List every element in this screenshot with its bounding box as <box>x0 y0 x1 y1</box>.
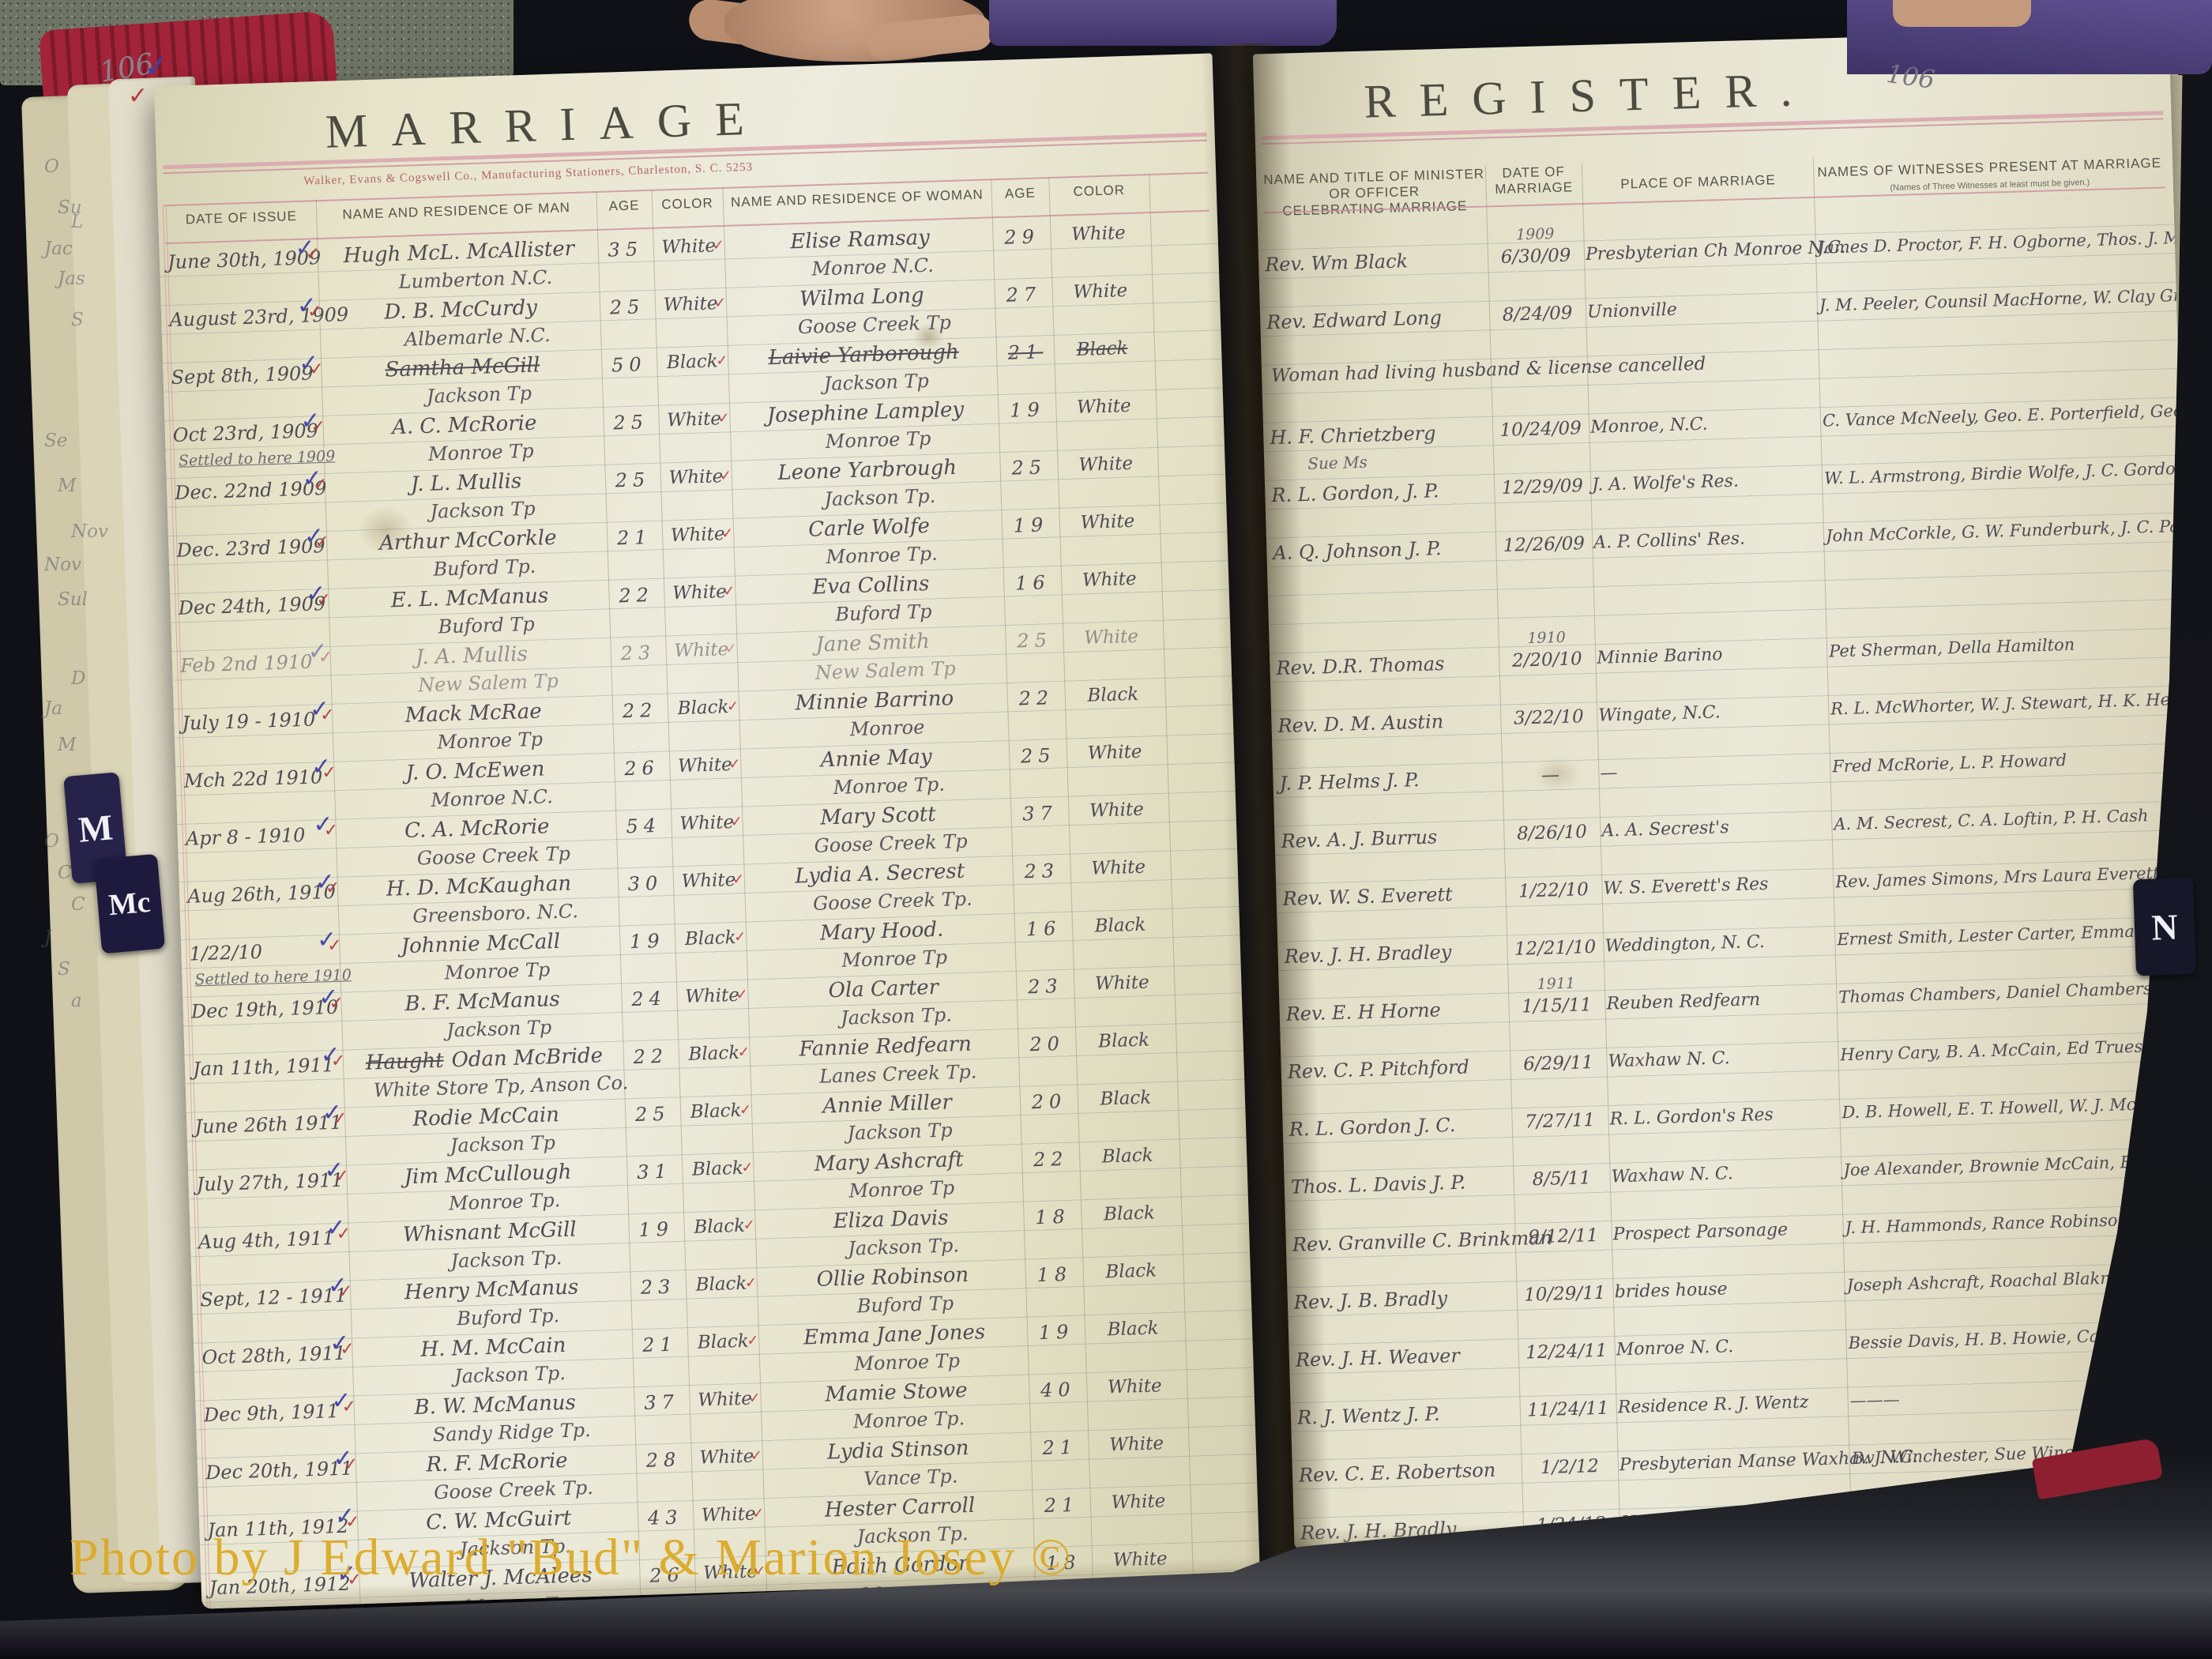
minister-name: Rev. J. H. Bradley <box>1284 939 1507 968</box>
page-title: REGISTER. <box>1305 61 1875 131</box>
margin-scribble: Nov <box>71 521 108 542</box>
bride-color: White <box>1059 510 1157 534</box>
groom-residence: Jackson Tp <box>368 1014 630 1044</box>
bride-residence: Jackson Tp. <box>774 1002 1018 1032</box>
marriage-date: 8/24/09 <box>1491 303 1585 325</box>
marriage-place: Minnie Barino <box>1597 642 1826 668</box>
bride-name: Josephine Lampley <box>732 397 999 429</box>
issue-date: Apr 8 - 1910 <box>186 823 335 850</box>
bride-color: White <box>1055 395 1153 419</box>
left-rows: June 30th, 1909 ✓✓ Hugh McL. McAllister … <box>159 215 1259 1608</box>
checkmark-icon: ✓ <box>717 410 730 427</box>
bride-color: White <box>1063 626 1160 649</box>
bride-residence: Jackson Tp. <box>758 483 1002 513</box>
minister-name: Rev. C. P. Pitchford <box>1287 1055 1510 1083</box>
bride-color: White <box>1088 1432 1185 1456</box>
bride-age: 22 <box>1008 687 1066 710</box>
witnesses: W. L. Armstrong, Birdie Wolfe, J. C. Gor… <box>1824 459 2188 488</box>
bride-residence: Jackson Tp <box>754 367 999 397</box>
checkmark-icon: ✓ <box>128 82 148 110</box>
margin-scribble: Jac <box>44 239 73 259</box>
issue-date: Oct 28th, 1911 <box>201 1342 351 1369</box>
right-page: REGISTER. NAME AND TITLE OF MINISTER OR … <box>1253 28 2210 1548</box>
bride-age: 37 <box>1011 802 1069 826</box>
marriage-place: Waxhaw N. C. <box>1608 1045 1838 1071</box>
groom-residence: Buford Tp <box>355 610 617 640</box>
checkmark-icon: ✓ <box>142 47 171 85</box>
bride-age: 20 <box>1018 1032 1076 1055</box>
margin-scribble: S <box>58 959 70 980</box>
margin-scribble: Jas <box>58 269 85 289</box>
bride-age: 21 <box>997 340 1055 364</box>
checkmark-icon: ✓ <box>748 1390 761 1406</box>
column-header: DATE OF MARRIAGE <box>1487 164 1581 197</box>
witnesses: J. M. Peeler, Counsil MacHorne, W. Clay … <box>1819 286 2183 315</box>
minister-name: R. L. Gordon J. C. <box>1288 1112 1512 1141</box>
bride-name: Eva Collins <box>737 570 1005 602</box>
bride-color: White <box>1051 280 1149 303</box>
checkmark-icon: ✓ <box>743 1217 755 1233</box>
groom-residence: Jackson Tp <box>372 1129 634 1159</box>
issue-date: Dec. 23rd 1909 <box>176 535 325 562</box>
bride-color: White <box>1057 453 1154 476</box>
issue-date: Dec 24th, 1909 <box>178 592 327 619</box>
issue-date: July 27th, 1911 <box>196 1169 345 1196</box>
issue-date: Sept 8th, 1909 <box>171 362 320 389</box>
bride-name: Jane Smith <box>739 627 1006 660</box>
marriage-date: 12/21/10 <box>1508 937 1602 960</box>
checkmark-icon: ✓ <box>716 352 728 369</box>
photographer-watermark: Photo by J Edward "Bud" & Marion Josey © <box>70 1528 1072 1588</box>
bride-name: Laivie Yarborough <box>730 339 998 371</box>
bride-age: 21 <box>1031 1435 1089 1459</box>
margin-scribble: L <box>71 212 83 232</box>
checkmark-icon: ✓ <box>741 1159 754 1176</box>
groom-age: 22 <box>609 584 664 608</box>
column-header-line: DATE OF <box>1502 164 1565 181</box>
bride-color: Black <box>1054 337 1151 361</box>
column-header: COLOR <box>652 195 724 213</box>
marriage-place: brides house <box>1614 1276 1844 1302</box>
groom-age: 35 <box>598 238 653 261</box>
marriage-date: 1/22/10 <box>1507 879 1601 902</box>
minister-name: Rev. Wm Black <box>1265 247 1488 276</box>
marriage-year-note: 1911 <box>1510 974 1604 994</box>
issue-date: Dec 19th, 1910 <box>190 996 340 1023</box>
margin-scribble: O <box>44 156 59 177</box>
minister-name: R. J. Wentz J. P. <box>1297 1401 1521 1429</box>
marriage-date: 6/30/09 <box>1489 245 1583 268</box>
bride-color: White <box>1074 972 1171 995</box>
bride-color: Black <box>1079 1145 1176 1168</box>
issue-date: Sept, 12 - 1911 <box>200 1285 349 1311</box>
minister-name: Rev. Edward Long <box>1266 305 1490 333</box>
issue-date: Dec. 22nd 1909 <box>175 477 324 504</box>
groom-age: 50 <box>602 353 656 377</box>
minister-name: J. P. Helms J. P. <box>1279 766 1503 795</box>
groom-age: 23 <box>611 641 665 665</box>
bride-residence: Goose Creek Tp. <box>771 886 1015 916</box>
bride-name: Ollie Robinson <box>758 1262 1026 1294</box>
margin-scribble: C <box>71 894 85 915</box>
groom-residence: Goose Creek Tp. <box>383 1475 645 1505</box>
marriage-date: 1/2/12 <box>1523 1455 1617 1478</box>
minister-name: R. L. Gordon, J. P. <box>1271 478 1495 506</box>
bride-color: White <box>1070 856 1167 880</box>
marriage-year-note: 1909 <box>1488 224 1582 244</box>
marriage-date: 8/5/11 <box>1514 1168 1608 1191</box>
groom-age: 54 <box>616 814 671 837</box>
bride-color: White <box>1066 741 1164 765</box>
bride-name: Mary Ashcraft <box>755 1146 1023 1179</box>
column-header: AGE <box>991 185 1050 202</box>
bride-residence: Goose Creek Tp <box>753 310 997 340</box>
bride-age: 23 <box>1013 860 1070 883</box>
minister-name: Rev. W. S. Everett <box>1282 882 1506 910</box>
groom-age: 25 <box>626 1102 680 1126</box>
minister-name: Thos. L. Davis J. P. <box>1290 1170 1514 1198</box>
groom-age: 25 <box>604 411 658 434</box>
groom-age: 30 <box>619 871 673 895</box>
checkmark-icon: ✓ <box>747 1332 759 1349</box>
bride-color: Black <box>1085 1317 1182 1341</box>
groom-age: 21 <box>633 1333 687 1356</box>
margin-scribble: J <box>44 927 51 948</box>
marriage-year-note: 1910 <box>1499 628 1593 648</box>
minister-name: Rev. C. E. Robertson <box>1299 1458 1522 1487</box>
bride-name: Mary Hood. <box>748 916 1016 948</box>
groom-residence: Sandy Ridge Tp. <box>381 1417 642 1447</box>
bride-residence: Monroe Tp. <box>767 771 1011 801</box>
column-header: AGE <box>596 197 653 215</box>
marriage-place: R. L. Gordon's Res <box>1609 1103 1839 1129</box>
bride-color: Black <box>1081 1202 1178 1226</box>
bride-age: 29 <box>993 225 1051 249</box>
minister-name: Rev. D.R. Thomas <box>1276 651 1499 679</box>
bride-residence: Monroe Tp <box>785 1348 1029 1378</box>
groom-age: 25 <box>600 295 655 319</box>
minister-name: Rev. D. M. Austin <box>1277 709 1501 737</box>
groom-age: 19 <box>620 929 675 953</box>
minister-name: Rev. A. J. Burrus <box>1281 824 1504 852</box>
marriage-date: 1/15/11 <box>1510 995 1604 1018</box>
bride-age: 25 <box>1006 629 1063 653</box>
column-header: NAME AND RESIDENCE OF WOMAN <box>723 186 991 211</box>
witnesses: A. M. Secrest, C. A. Loftin, P. H. Cash <box>1834 805 2197 834</box>
groom-age: 23 <box>631 1275 686 1299</box>
bride-age: 18 <box>1024 1205 1082 1228</box>
bride-color: Black <box>1064 683 1161 707</box>
bride-age: 19 <box>1003 513 1060 537</box>
margin-scribble: C <box>58 863 72 883</box>
checkmark-icon: ✓ <box>750 1447 763 1464</box>
issue-date: August 23rd, 1909 <box>169 304 318 331</box>
minister-name: Rev. E. H Horne <box>1285 997 1509 1025</box>
groom-age: 21 <box>608 526 662 550</box>
left-page: MARRIAGE Walker, Evans & Cogswell Co., M… <box>154 53 1260 1608</box>
groom-residence: Monroe Tp <box>367 956 628 986</box>
bride-name: Annie Miller <box>754 1089 1021 1121</box>
issue-date: Dec 9th, 1911 <box>203 1399 352 1426</box>
witnesses: Thomas Chambers, Daniel Chambers, Erin C… <box>1838 977 2202 1006</box>
margin-scribble: a <box>71 991 82 1011</box>
groom-residence: New Salem Tp <box>358 668 619 698</box>
margin-scribble: Se <box>44 431 67 451</box>
checkmark-icon: ✓ <box>737 1044 750 1060</box>
struck-word: Haught <box>365 1049 444 1075</box>
groom-residence: White Store Tp, Anson Co. <box>371 1071 632 1101</box>
checkmark-icon: ✓ <box>745 1274 758 1291</box>
witnesses: Pet Sherman, Della Hamilton <box>1829 632 2192 661</box>
marriage-date: 12/29/09 <box>1495 476 1589 498</box>
bride-residence: Buford Tp <box>762 598 1006 628</box>
groom-residence: Jackson Tp. <box>376 1244 638 1274</box>
bride-residence: Monroe Tp <box>780 1175 1024 1205</box>
bride-age: 40 <box>1029 1378 1087 1401</box>
groom-age: 37 <box>634 1390 689 1414</box>
bride-residence: Monroe Tp <box>756 425 1000 455</box>
bride-residence: Monroe Tp. <box>760 540 1004 570</box>
witnesses: Fred McRorie, L. P. Howard <box>1832 747 2195 777</box>
bride-age: 20 <box>1021 1089 1078 1113</box>
margin-scribble: O <box>44 831 59 852</box>
bride-color: White <box>1092 1548 1189 1571</box>
groom-name: Hugh McL. McAllister <box>320 236 597 269</box>
bride-color: White <box>1050 222 1147 246</box>
groom-residence: Buford Tp. <box>354 553 615 583</box>
purple-cloth <box>989 0 1337 46</box>
margin-scribble: Sul <box>58 589 88 610</box>
witnesses: John McCorkle, G. W. Funderburk, J. C. P… <box>1826 517 2189 546</box>
bride-name: Leone Yarbrough <box>733 454 1001 487</box>
groom-age: 28 <box>637 1448 691 1472</box>
marriage-date: 12/26/09 <box>1497 533 1591 556</box>
right-rows: Rev. Wm Black 1909 6/30/09 Presbyterian … <box>1258 222 2211 1548</box>
bride-color: White <box>1086 1375 1183 1398</box>
groom-age: 25 <box>606 468 660 492</box>
bride-name: Wilma Long <box>728 281 995 314</box>
marriage-place: A. A. Secrest's <box>1601 815 1831 841</box>
marriage-date: 6/29/11 <box>1511 1052 1605 1075</box>
minister-name: Rev. J. H. Weaver <box>1296 1343 1519 1371</box>
checkmark-icon: ✓ <box>734 929 747 946</box>
index-tab-mc: Mc <box>94 854 165 954</box>
groom-age: 22 <box>613 699 668 723</box>
bride-color: White <box>1068 799 1165 822</box>
groom-residence: Jackson Tp. <box>379 1360 641 1390</box>
bride-name: Carle Wolfe <box>735 512 1003 544</box>
margin-scribble: D <box>71 668 85 689</box>
issue-date: Dec 20th, 1911 <box>205 1457 355 1484</box>
bride-residence: New Salem Tp <box>763 656 1007 686</box>
bride-age: 27 <box>995 283 1052 307</box>
checkmark-icon: ✓ <box>723 583 735 600</box>
marriage-place: Residence R. J. Wentz <box>1617 1391 1847 1417</box>
checkmark-icon: ✓ <box>730 814 743 830</box>
minister-name: Rev. Granville C. Brinkman <box>1292 1228 1516 1256</box>
marriage-date: 12/24/11 <box>1519 1340 1613 1363</box>
groom-age: 31 <box>627 1160 682 1183</box>
bride-age: 19 <box>1028 1320 1085 1344</box>
checkmark-icon: ✓ <box>724 641 737 657</box>
minister-name: Rev. J. B. Bradly <box>1294 1285 1518 1314</box>
bride-residence: Vance Tp. <box>788 1462 1033 1492</box>
bride-residence: Monroe Tp. <box>787 1405 1031 1435</box>
marriage-place: Monroe N. C. <box>1616 1334 1845 1360</box>
groom-residence: Greensboro. N.C. <box>365 898 626 928</box>
issue-date: July 19 - 1910 <box>182 708 331 735</box>
groom-age: 43 <box>638 1506 693 1529</box>
checkmark-icon: ✓ <box>720 468 732 484</box>
marriage-place: W. S. Everett's Res <box>1603 872 1833 898</box>
marriage-place: Prospect Parsonage <box>1612 1218 1842 1244</box>
column-header: NAME AND RESIDENCE OF MAN <box>316 199 596 224</box>
bride-age: 21 <box>1033 1493 1091 1517</box>
marriage-place: Weddington, N. C. <box>1604 930 1834 956</box>
marriage-place: A. P. Collins' Res. <box>1593 527 1823 553</box>
page-title: MARRIAGE <box>230 88 863 162</box>
issue-date: Aug 26th, 1910 <box>187 881 337 908</box>
bride-name: Lydia A. Secrest <box>746 858 1014 890</box>
bride-age: 16 <box>1004 571 1062 595</box>
bride-age: 23 <box>1017 975 1074 999</box>
groom-residence: Goose Creek Tp <box>363 841 624 871</box>
groom-residence: Lumberton N.C. <box>345 265 607 295</box>
bride-name: Fannie Redfearn <box>751 1031 1019 1063</box>
bride-color: White <box>1061 568 1158 592</box>
bride-residence: Lanes Creek Tp. <box>776 1059 1020 1089</box>
issue-date: Aug 4th, 1911 <box>198 1227 348 1254</box>
marriage-date: 3/22/10 <box>1502 706 1596 729</box>
groom-residence: Jackson Tp <box>348 380 610 410</box>
issue-date: Feb 2nd 1910 <box>180 650 329 677</box>
groom-residence: Monroe Tp <box>350 438 611 468</box>
issue-date: Mch 22d 1910 <box>183 766 333 792</box>
marriage-date: 2/20/10 <box>1500 649 1594 671</box>
bride-color: Black <box>1078 1087 1175 1111</box>
bride-age: 25 <box>1010 744 1067 768</box>
witnesses: C. Vance McNeely, Geo. E. Porterfield, G… <box>1823 401 2186 431</box>
checkmark-icon: ✓ <box>735 986 748 1003</box>
marriage-date: 11/24/11 <box>1522 1398 1616 1420</box>
marriage-place: Unionville <box>1587 296 1817 322</box>
index-tab-n: N <box>2133 878 2196 976</box>
marriage-date: 10/29/11 <box>1518 1283 1612 1306</box>
groom-residence: Monroe N.C. <box>361 783 623 813</box>
bride-residence: Monroe Tp <box>773 944 1017 974</box>
marriage-place: Monroe, N.C. <box>1590 412 1820 438</box>
checkmark-icon: ✓ <box>739 1101 752 1118</box>
bride-residence: Buford Tp <box>784 1290 1028 1320</box>
checkmark-icon: ✓ <box>732 871 745 888</box>
checkmark-icon: ✓ <box>714 295 727 311</box>
bride-name: Lydia Stinson <box>764 1434 1032 1466</box>
bride-name: Elise Ramsay <box>726 224 994 256</box>
bride-age: 19 <box>999 398 1056 422</box>
issue-date: Jan 11th, 1911 <box>193 1054 342 1081</box>
bride-age: 25 <box>1000 456 1058 480</box>
checkmark-icon: ✓ <box>752 1505 765 1522</box>
bride-color: Black <box>1082 1260 1179 1284</box>
checkmark-icon: ✓ <box>728 756 741 773</box>
minister-name: A. Q. Johnson J. P. <box>1273 536 1496 564</box>
issue-date: June 26th 1911 <box>194 1112 344 1138</box>
bride-name: Eliza Davis <box>757 1204 1025 1236</box>
issue-date: June 30th, 1909 <box>167 246 317 273</box>
groom-age: 22 <box>624 1044 679 1068</box>
minister-note: Sue Ms <box>1307 450 1466 473</box>
column-header: PLACE OF MARRIAGE <box>1583 171 1812 194</box>
column-header: COLOR <box>1049 182 1150 201</box>
witnesses: James D. Proctor, F. H. Ogborne, Thos. J… <box>1818 228 2181 258</box>
bride-name: Ola Carter <box>750 973 1018 1006</box>
margin-scribble: S <box>71 310 84 330</box>
groom-residence: Monroe Tp <box>359 725 621 755</box>
marriage-date: — <box>1503 764 1597 787</box>
groom-age: 19 <box>629 1217 683 1241</box>
margin-scribble: Nov <box>44 555 81 575</box>
margin-scribble: M <box>58 735 77 755</box>
bride-name: Mary Scott <box>744 800 1012 833</box>
photo-stage: MARRIAGE Walker, Evans & Cogswell Co., M… <box>0 0 2212 1659</box>
groom-age: 24 <box>622 987 676 1010</box>
column-header-line: MARRIAGE <box>1495 179 1573 197</box>
bride-color: Black <box>1075 1029 1172 1053</box>
bride-age: 16 <box>1015 917 1073 941</box>
checkmark-icon: ✓ <box>721 525 734 542</box>
marriage-place: — <box>1600 758 1830 784</box>
bride-name: Mamie Stowe <box>762 1377 1030 1409</box>
marriage-place: Presbyterian Manse Waxhaw N.C. <box>1619 1449 1849 1475</box>
marriage-date: 7/27/11 <box>1513 1110 1607 1133</box>
bride-residence: Jackson Tp <box>778 1117 1022 1147</box>
issue-date: Oct 23rd, 1909 <box>172 419 322 446</box>
bride-age: 22 <box>1022 1147 1080 1171</box>
minister-name: H. F. Chrietzberg <box>1270 420 1493 449</box>
marriage-place: J. A. Wolfe's Res. <box>1592 469 1822 495</box>
marriage-place: Wingate, N.C. <box>1598 700 1828 726</box>
marriage-place: Presbyterian Ch Monroe N.C. <box>1586 239 1815 265</box>
groom-residence: Albemarle N.C. <box>347 322 608 352</box>
marriage-date: 9/12/11 <box>1516 1225 1610 1248</box>
bride-name: Emma Jane Jones <box>761 1319 1029 1352</box>
groom-residence: Monroe Tp. <box>374 1187 635 1217</box>
marriage-date: 8/26/10 <box>1505 822 1599 845</box>
witnesses: R. L. McWhorter, W. J. Stewart, H. K. He… <box>1830 690 2194 719</box>
bride-color: Black <box>1072 914 1169 938</box>
column-header: DATE OF ISSUE <box>166 208 317 228</box>
bride-residence: Monroe N.C. <box>750 252 995 282</box>
column-header-line: NAME AND TITLE OF MINISTER OR OFFICER <box>1263 166 1484 201</box>
bride-name: Annie May <box>743 743 1010 775</box>
finger <box>1893 0 2031 27</box>
hand <box>689 0 1036 66</box>
bride-residence: Jackson Tp. <box>781 1232 1025 1262</box>
checkmark-icon: ✓ <box>712 237 724 254</box>
bride-color: White <box>1090 1490 1187 1514</box>
marriage-place: Waxhaw N. C. <box>1611 1161 1841 1187</box>
groom-residence: Buford Tp. <box>378 1302 639 1332</box>
bride-residence: Goose Creek Tp <box>769 829 1013 859</box>
issue-date: 1/22/10 <box>189 939 338 965</box>
margin-scribble: Ja <box>44 698 62 719</box>
bride-name: Minnie Barrino <box>741 685 1009 717</box>
bride-age: 18 <box>1025 1262 1083 1286</box>
bride-name: Hester Carroll <box>766 1492 1034 1524</box>
marriage-place: Reuben Redfearn <box>1606 987 1836 1014</box>
margin-scribble: M <box>58 476 77 496</box>
groom-age: 26 <box>615 756 669 780</box>
